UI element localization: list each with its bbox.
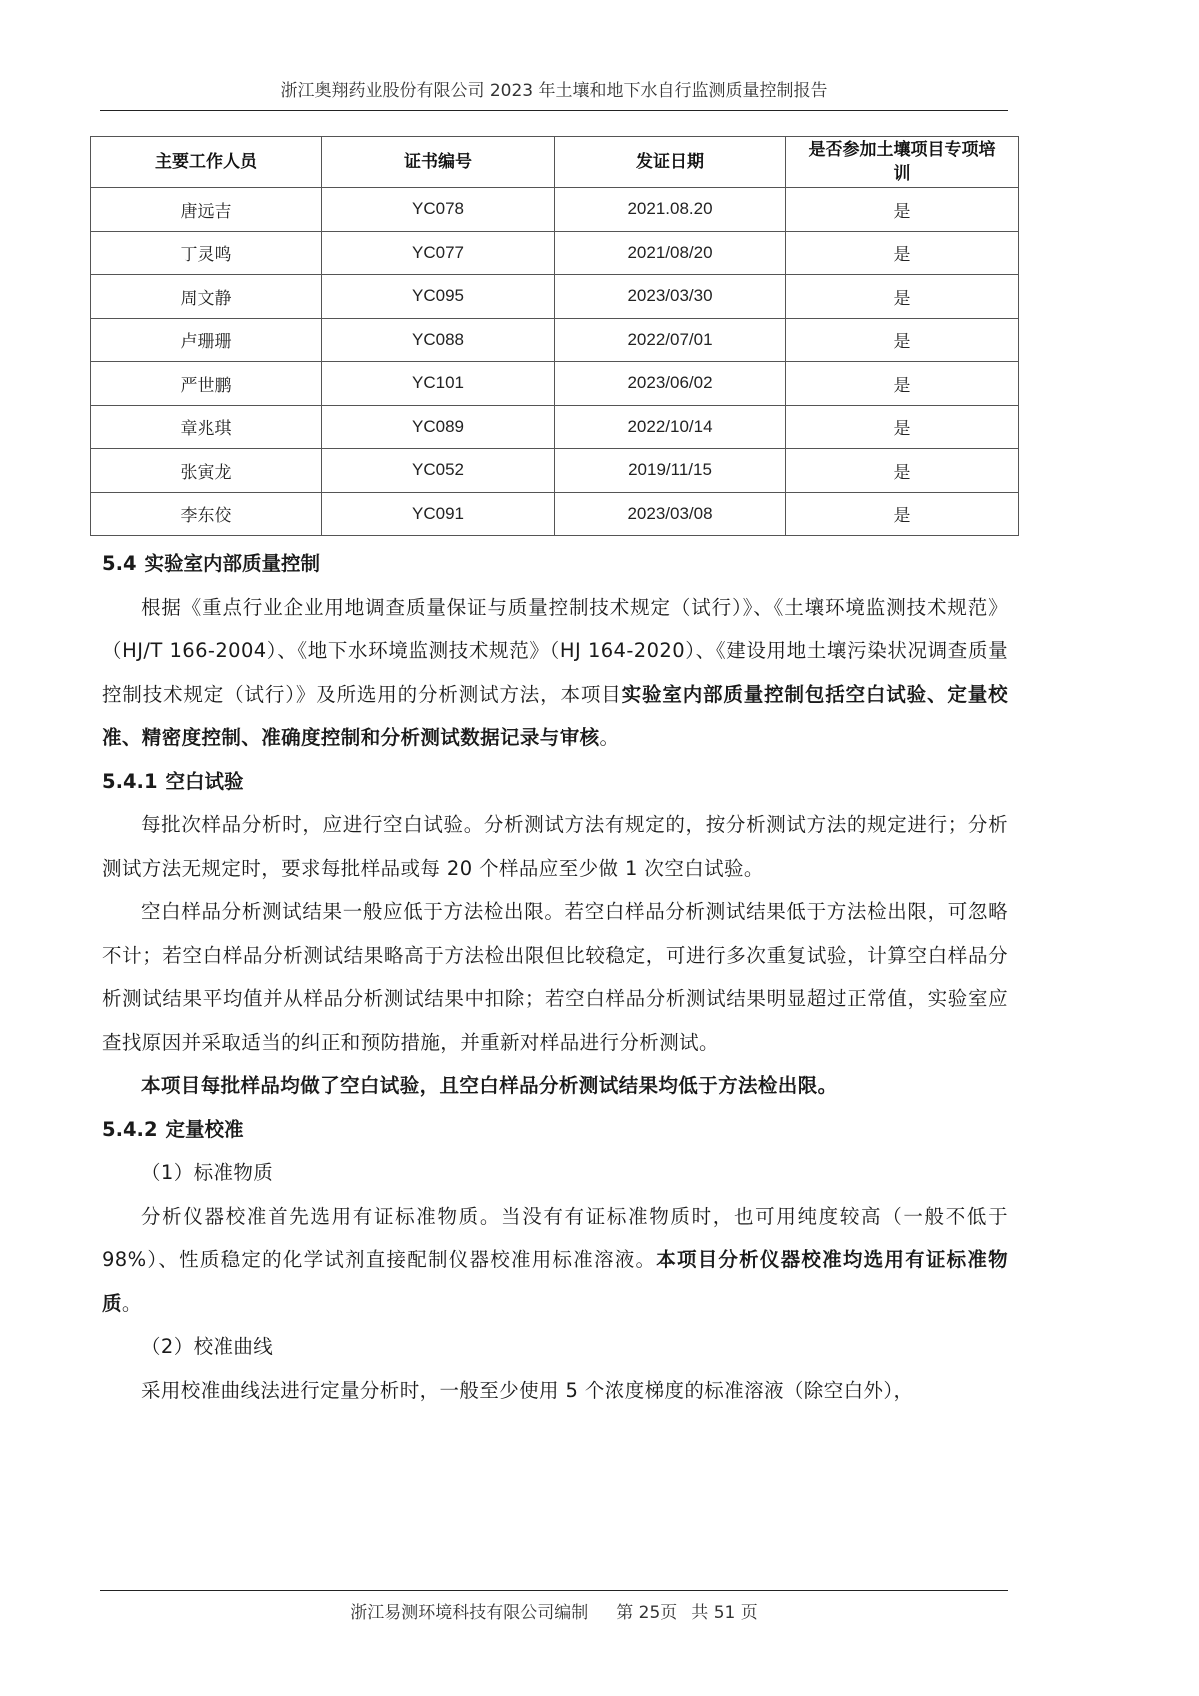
- cell-cert-no: YC078: [322, 188, 555, 232]
- cell-cert-no: YC101: [322, 362, 555, 406]
- paragraph-text-end: 。: [122, 1292, 142, 1315]
- paragraph-text-end: 。: [600, 726, 620, 749]
- cell-cert-no: YC088: [322, 318, 555, 362]
- table-row: 丁灵鸣 YC077 2021/08/20 是: [91, 231, 1019, 275]
- cell-training: 是: [786, 362, 1019, 406]
- cell-staff: 周文静: [91, 275, 322, 319]
- cell-training: 是: [786, 449, 1019, 493]
- cell-staff: 章兆琪: [91, 405, 322, 449]
- column-header-staff: 主要工作人员: [91, 137, 322, 188]
- section-heading-5-4: 5.4实验室内部质量控制: [102, 542, 1008, 586]
- table-row: 唐远吉 YC078 2021.08.20 是: [91, 188, 1019, 232]
- table-header-row: 主要工作人员 证书编号 发证日期 是否参加土壤项目专项培训: [91, 137, 1019, 188]
- paragraph-qc-basis: 根据《重点行业企业用地调查质量保证与质量控制技术规定（试行）》、《土壤环境监测技…: [102, 586, 1008, 760]
- staff-certification-table: 主要工作人员 证书编号 发证日期 是否参加土壤项目专项培训 唐远吉 YC078 …: [90, 136, 1019, 536]
- cell-cert-no: YC095: [322, 275, 555, 319]
- section-heading-5-4-2: 5.4.2定量校准: [102, 1108, 1008, 1152]
- table-row: 张寅龙 YC052 2019/11/15 是: [91, 449, 1019, 493]
- section-title: 实验室内部质量控制: [145, 552, 321, 575]
- subheading-calibration-curve: （2）校准曲线: [102, 1325, 1008, 1369]
- section-number: 5.4.2: [102, 1118, 158, 1141]
- cell-issue-date: 2021/08/20: [555, 231, 786, 275]
- table-row: 李东佼 YC091 2023/03/08 是: [91, 492, 1019, 536]
- header-divider: [100, 110, 1008, 111]
- page-footer: 浙江易测环境科技有限公司编制第 25页共 51 页: [100, 1598, 1008, 1623]
- cell-cert-no: YC091: [322, 492, 555, 536]
- column-header-cert-no: 证书编号: [322, 137, 555, 188]
- column-header-issue-date: 发证日期: [555, 137, 786, 188]
- cell-training: 是: [786, 492, 1019, 536]
- cell-training: 是: [786, 318, 1019, 362]
- cell-issue-date: 2022/07/01: [555, 318, 786, 362]
- section-title: 定量校准: [166, 1118, 244, 1141]
- paragraph-blank-test-conclusion: 本项目每批样品均做了空白试验，且空白样品分析测试结果均低于方法检出限。: [102, 1064, 1008, 1108]
- paragraph-blank-test-frequency: 每批次样品分析时，应进行空白试验。分析测试方法有规定的，按分析测试方法的规定进行…: [102, 803, 1008, 890]
- footer-page-number: 第 25页: [616, 1603, 677, 1623]
- cell-issue-date: 2021.08.20: [555, 188, 786, 232]
- table-row: 周文静 YC095 2023/03/30 是: [91, 275, 1019, 319]
- column-header-training-label: 是否参加土壤项目专项培训: [802, 138, 1002, 186]
- cell-cert-no: YC052: [322, 449, 555, 493]
- cell-staff: 李东佼: [91, 492, 322, 536]
- footer-total-pages: 共 51 页: [691, 1603, 757, 1623]
- table-row: 卢珊珊 YC088 2022/07/01 是: [91, 318, 1019, 362]
- paragraph-calibration-curve: 采用校准曲线法进行定量分析时，一般至少使用 5 个浓度梯度的标准溶液（除空白外）…: [102, 1369, 1008, 1413]
- cell-staff: 张寅龙: [91, 449, 322, 493]
- paragraph-blank-test-results: 空白样品分析测试结果一般应低于方法检出限。若空白样品分析测试结果低于方法检出限，…: [102, 890, 1008, 1064]
- cell-issue-date: 2023/03/30: [555, 275, 786, 319]
- section-heading-5-4-1: 5.4.1空白试验: [102, 760, 1008, 804]
- column-header-training: 是否参加土壤项目专项培训: [786, 137, 1019, 188]
- cell-issue-date: 2023/03/08: [555, 492, 786, 536]
- document-body: 5.4实验室内部质量控制 根据《重点行业企业用地调查质量保证与质量控制技术规定（…: [102, 542, 1008, 1412]
- cell-training: 是: [786, 275, 1019, 319]
- cell-issue-date: 2022/10/14: [555, 405, 786, 449]
- cell-issue-date: 2019/11/15: [555, 449, 786, 493]
- cell-training: 是: [786, 231, 1019, 275]
- subheading-reference-material: （1）标准物质: [102, 1151, 1008, 1195]
- cell-staff: 严世鹏: [91, 362, 322, 406]
- table-row: 严世鹏 YC101 2023/06/02 是: [91, 362, 1019, 406]
- cell-staff: 唐远吉: [91, 188, 322, 232]
- cell-issue-date: 2023/06/02: [555, 362, 786, 406]
- paragraph-reference-material: 分析仪器校准首先选用有证标准物质。当没有有证标准物质时，也可用纯度较高（一般不低…: [102, 1195, 1008, 1326]
- cell-training: 是: [786, 405, 1019, 449]
- footer-divider: [100, 1590, 1008, 1591]
- section-number: 5.4.1: [102, 770, 158, 793]
- table-row: 章兆琪 YC089 2022/10/14 是: [91, 405, 1019, 449]
- footer-company: 浙江易测环境科技有限公司编制: [350, 1603, 588, 1623]
- cell-staff: 卢珊珊: [91, 318, 322, 362]
- cell-cert-no: YC089: [322, 405, 555, 449]
- page-header: 浙江奥翔药业股份有限公司 2023 年土壤和地下水自行监测质量控制报告: [100, 76, 1008, 101]
- section-title: 空白试验: [166, 770, 244, 793]
- section-number: 5.4: [102, 552, 137, 575]
- cell-staff: 丁灵鸣: [91, 231, 322, 275]
- cell-cert-no: YC077: [322, 231, 555, 275]
- cell-training: 是: [786, 188, 1019, 232]
